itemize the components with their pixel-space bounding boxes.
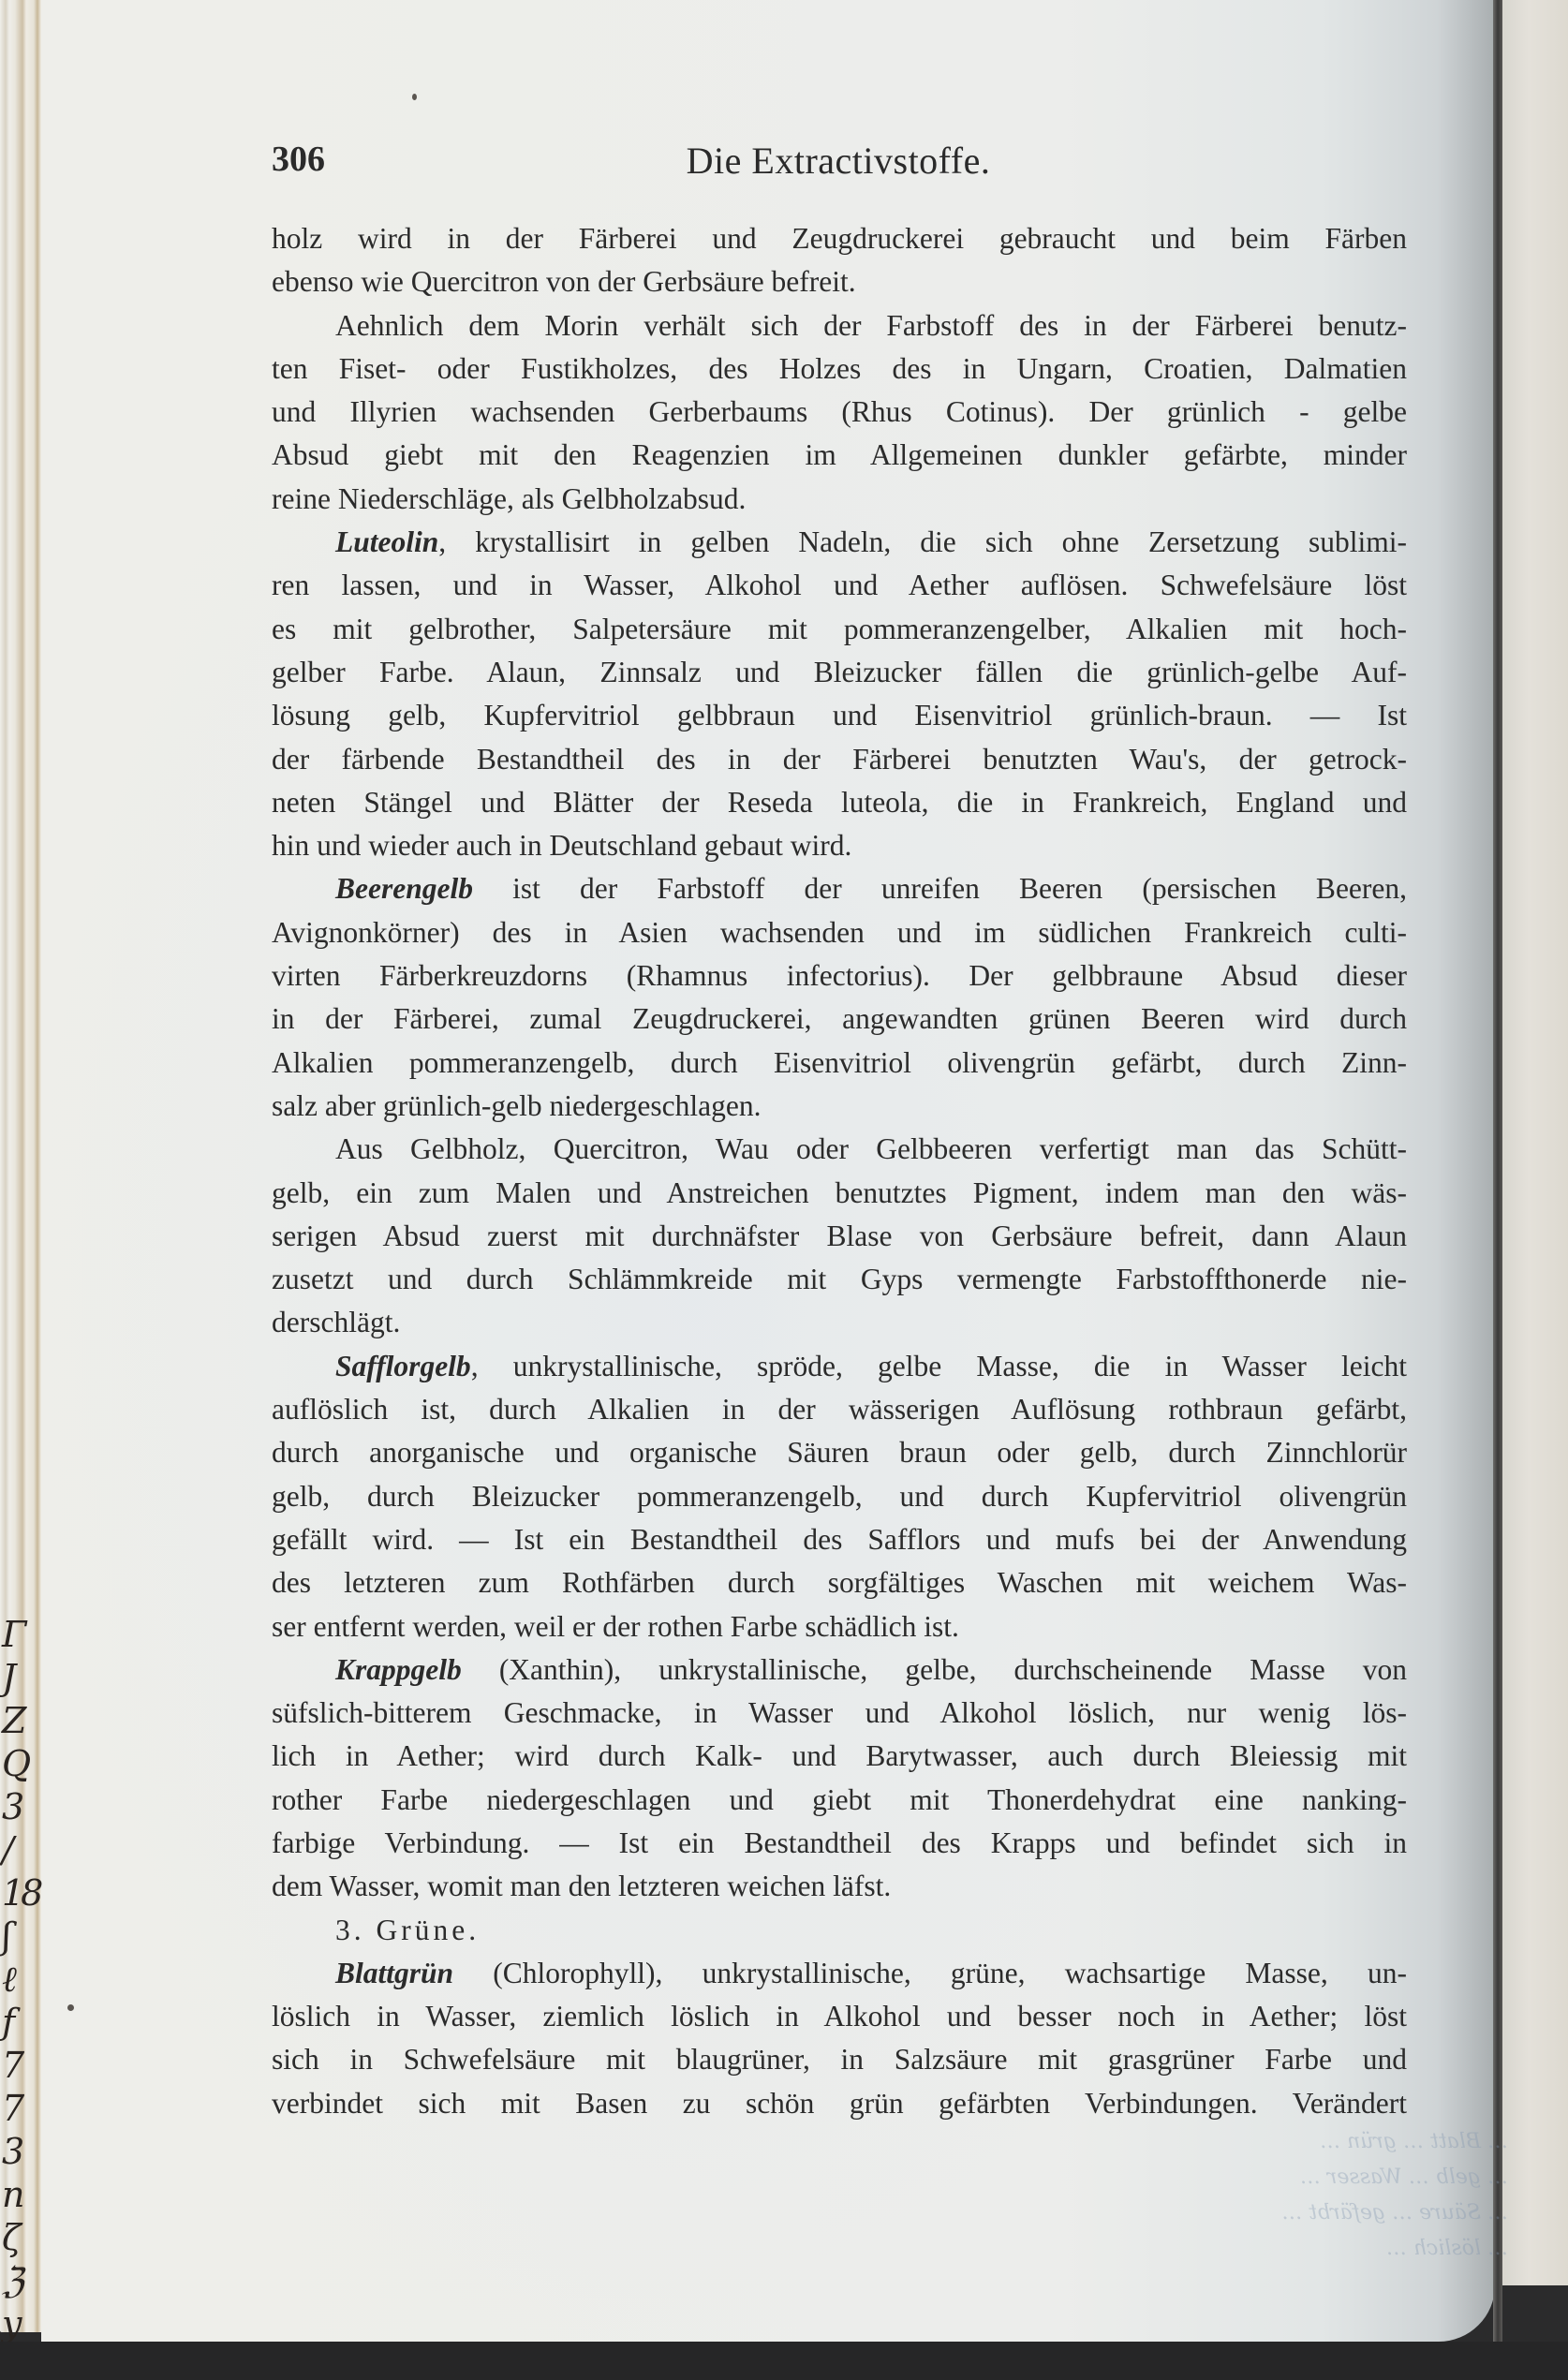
margin-note-glyph: 7 — [2, 2085, 21, 2128]
text-line: lich in Aether; wird durch Kalk- und Bar… — [272, 1735, 1407, 1778]
line-text: Avignonkörner) des in Asien wachsenden u… — [272, 916, 1407, 949]
line-text: derschlägt. — [272, 1306, 400, 1338]
defined-term: Luteolin — [335, 525, 438, 558]
text-line: derschlägt. — [272, 1301, 1407, 1344]
margin-note-glyph: ζ — [2, 2214, 18, 2257]
line-text: farbige Verbindung. — Ist ein Bestandthe… — [272, 1826, 1407, 1859]
text-line: dem Wasser, womit man den letzteren weic… — [272, 1865, 1407, 1908]
line-text: in der Färberei, zumal Zeugdruckerei, an… — [272, 1002, 1407, 1035]
page-header: 306 Die Extractivstoffe. — [272, 139, 1405, 195]
line-text: neten Stängel und Blätter der Reseda lut… — [272, 786, 1407, 819]
line-text: auflöslich ist, durch Alkalien in der wä… — [272, 1393, 1407, 1426]
text-line: gelber Farbe. Alaun, Zinnsalz und Bleizu… — [272, 651, 1407, 694]
line-text: , krystallisirt in gelben Nadeln, die si… — [438, 525, 1407, 558]
line-text: virten Färberkreuzdorns (Rhamnus infecto… — [272, 959, 1407, 992]
margin-note-glyph: ʃ — [2, 1913, 7, 1956]
margin-note-glyph: 7 — [2, 2042, 21, 2085]
margin-note-glyph: 3 — [2, 1783, 21, 1826]
line-text: ren lassen, und in Wasser, Alkohol und A… — [272, 569, 1407, 601]
line-text: serigen Absud zuerst mit durchnäfster Bl… — [272, 1220, 1407, 1252]
text-line: Safflorgelb, unkrystallinische, spröde, … — [272, 1345, 1407, 1388]
line-text: gelb, ein zum Malen und Anstreichen benu… — [272, 1176, 1407, 1209]
book-gutter-shadow — [1493, 0, 1502, 2380]
text-line: verbindet sich mit Basen zu schön grün g… — [272, 2082, 1407, 2125]
text-line: farbige Verbindung. — Ist ein Bestandthe… — [272, 1822, 1407, 1865]
text-line: auflöslich ist, durch Alkalien in der wä… — [272, 1388, 1407, 1431]
line-text: süfslich-bitterem Geschmacke, in Wasser … — [272, 1696, 1407, 1729]
margin-note-glyph: y — [2, 2300, 18, 2343]
text-line: neten Stängel und Blätter der Reseda lut… — [272, 781, 1407, 824]
line-text: rother Farbe niedergeschlagen und giebt … — [272, 1783, 1407, 1816]
text-line: holz wird in der Färberei und Zeugdrucke… — [272, 217, 1407, 260]
text-line: sich in Schwefelsäure mit blaugrüner, in… — [272, 2038, 1407, 2081]
line-text: dem Wasser, womit man den letzteren weic… — [272, 1870, 891, 1902]
text-line: Luteolin, krystallisirt in gelben Nadeln… — [272, 521, 1407, 564]
text-line: virten Färberkreuzdorns (Rhamnus infecto… — [272, 954, 1407, 998]
text-line: Krappgelb (Xanthin), unkrystallinische, … — [272, 1648, 1407, 1692]
line-text: sich in Schwefelsäure mit blaugrüner, in… — [272, 2043, 1407, 2076]
margin-note-glyph: 18 — [2, 1870, 39, 1913]
text-line: in der Färberei, zumal Zeugdruckerei, an… — [272, 998, 1407, 1041]
text-line: serigen Absud zuerst mit durchnäfster Bl… — [272, 1215, 1407, 1258]
line-text: Aehnlich dem Morin verhält sich der Farb… — [335, 309, 1407, 342]
line-text: gelber Farbe. Alaun, Zinnsalz und Bleizu… — [272, 656, 1407, 688]
facing-page-edge — [1502, 0, 1568, 2285]
text-line: gelb, durch Bleizucker pommeranzengelb, … — [272, 1475, 1407, 1518]
line-text: des letzteren zum Rothfärben durch sorgf… — [272, 1566, 1407, 1599]
text-line: hin und wieder auch in Deutschland gebau… — [272, 824, 1407, 867]
text-line: ebenso wie Quercitron von der Gerbsäure … — [272, 260, 1407, 303]
margin-note-glyph: n — [2, 2171, 21, 2214]
line-text: Aus Gelbholz, Quercitron, Wau oder Gelbb… — [335, 1132, 1407, 1165]
text-line: gefällt wird. — Ist ein Bestandtheil des… — [272, 1518, 1407, 1561]
text-line: es mit gelbrother, Salpetersäure mit pom… — [272, 608, 1407, 651]
paper-speck — [67, 2004, 74, 2011]
defined-term: Beerengelb — [335, 872, 473, 905]
show-through-line: … Blatt … grün … — [1115, 2124, 1508, 2160]
defined-term: Safflorgelb — [335, 1350, 471, 1382]
margin-note-glyph: 3 — [2, 2128, 21, 2171]
margin-note-glyph: Γ — [2, 1611, 22, 1654]
text-line: Alkalien pommeranzengelb, durch Eisenvit… — [272, 1042, 1407, 1085]
line-text: gefällt wird. — Ist ein Bestandtheil des… — [272, 1523, 1407, 1556]
text-line: der färbende Bestandtheil des in der Fär… — [272, 738, 1407, 781]
line-text: ist der Farbstoff der unreifen Beeren (p… — [473, 872, 1407, 905]
margin-note-glyph: / — [2, 1826, 10, 1870]
line-text: reine Niederschläge, als Gelbholzabsud. — [272, 482, 746, 515]
text-line: salz aber grünlich-gelb niedergeschlagen… — [272, 1085, 1407, 1128]
line-text: (Xanthin), unkrystallinische, gelbe, dur… — [462, 1653, 1407, 1686]
line-text: gelb, durch Bleizucker pommeranzengelb, … — [272, 1480, 1407, 1513]
line-text: Absud giebt mit den Reagenzien im Allgem… — [272, 438, 1407, 471]
defined-term: Blattgrün — [335, 1957, 453, 1989]
handwritten-margin-notes: ΓJZQ3/18ʃℓƒ773nζℨy — [2, 1611, 41, 2342]
show-through-line: … löslich … — [1115, 2231, 1508, 2267]
text-line: lösung gelb, Kupfervitriol gelbbraun und… — [272, 694, 1407, 737]
text-line: und Illyrien wachsenden Gerberbaums (Rhu… — [272, 391, 1407, 434]
line-text: es mit gelbrother, Salpetersäure mit pom… — [272, 613, 1407, 645]
text-line: Aus Gelbholz, Quercitron, Wau oder Gelbb… — [272, 1128, 1407, 1171]
margin-note-glyph: ƒ — [2, 1999, 11, 2042]
line-text: salz aber grünlich-gelb niedergeschlagen… — [272, 1089, 761, 1122]
section-heading: 3. Grüne. — [272, 1909, 1407, 1952]
body-text: holz wird in der Färberei und Zeugdrucke… — [272, 217, 1407, 2125]
margin-note-glyph: Z — [2, 1697, 22, 1740]
line-text: lich in Aether; wird durch Kalk- und Bar… — [272, 1739, 1407, 1772]
text-line: durch anorganische und organische Säuren… — [272, 1431, 1407, 1474]
scan-background-bottom — [0, 2342, 1568, 2380]
text-line: süfslich-bitterem Geschmacke, in Wasser … — [272, 1692, 1407, 1735]
text-line: Absud giebt mit den Reagenzien im Allgem… — [272, 434, 1407, 477]
margin-note-glyph: ℨ — [2, 2257, 20, 2300]
margin-note-glyph: J — [2, 1654, 12, 1697]
show-through-line: … Säure … gefärbt … — [1115, 2195, 1508, 2231]
line-text: ser entfernt werden, weil er der rothen … — [272, 1610, 959, 1643]
line-text: (Chlorophyll), unkrystallinische, grüne,… — [453, 1957, 1407, 1989]
line-text: holz wird in der Färberei und Zeugdrucke… — [272, 222, 1407, 255]
paper-speck — [412, 94, 417, 100]
line-text: durch anorganische und organische Säuren… — [272, 1436, 1407, 1469]
line-text: zusetzt und durch Schlämmkreide mit Gyps… — [272, 1263, 1407, 1295]
text-line: rother Farbe niedergeschlagen und giebt … — [272, 1779, 1407, 1822]
text-line: ser entfernt werden, weil er der rothen … — [272, 1605, 1407, 1648]
line-text: der färbende Bestandtheil des in der Fär… — [272, 743, 1407, 776]
line-text: Alkalien pommeranzengelb, durch Eisenvit… — [272, 1046, 1407, 1079]
text-line: reine Niederschläge, als Gelbholzabsud. — [272, 478, 1407, 521]
text-line: Blattgrün (Chlorophyll), unkrystallinisc… — [272, 1952, 1407, 1995]
show-through-line: … gelb … Wasser … — [1115, 2160, 1508, 2195]
line-text: hin und wieder auch in Deutschland gebau… — [272, 829, 851, 862]
text-line: Beerengelb ist der Farbstoff der unreife… — [272, 867, 1407, 910]
text-line: zusetzt und durch Schlämmkreide mit Gyps… — [272, 1258, 1407, 1301]
line-text: und Illyrien wachsenden Gerberbaums (Rhu… — [272, 395, 1407, 428]
text-line: Avignonkörner) des in Asien wachsenden u… — [272, 911, 1407, 954]
margin-note-glyph: Q — [2, 1740, 27, 1783]
line-text: ten Fiset- oder Fustikholzes, des Holzes… — [272, 352, 1407, 385]
text-line: ren lassen, und in Wasser, Alkohol und A… — [272, 564, 1407, 607]
line-text: lösung gelb, Kupfervitriol gelbbraun und… — [272, 699, 1407, 732]
running-title: Die Extractivstoffe. — [272, 139, 1405, 183]
line-text: ebenso wie Quercitron von der Gerbsäure … — [272, 265, 856, 298]
line-text: löslich in Wasser, ziemlich löslich in A… — [272, 2000, 1407, 2033]
text-line: löslich in Wasser, ziemlich löslich in A… — [272, 1995, 1407, 2038]
line-text: , unkrystallinische, spröde, gelbe Masse… — [471, 1350, 1407, 1382]
text-line: ten Fiset- oder Fustikholzes, des Holzes… — [272, 347, 1407, 391]
line-text: verbindet sich mit Basen zu schön grün g… — [272, 2087, 1407, 2120]
text-line: Aehnlich dem Morin verhält sich der Farb… — [272, 304, 1407, 347]
line-text: 3. Grüne. — [335, 1914, 480, 1946]
text-line: des letzteren zum Rothfärben durch sorgf… — [272, 1561, 1407, 1604]
defined-term: Krappgelb — [335, 1653, 462, 1686]
margin-note-glyph: ℓ — [2, 1956, 13, 1999]
text-line: gelb, ein zum Malen und Anstreichen benu… — [272, 1172, 1407, 1215]
show-through-handwriting: … Blatt … grün …… gelb … Wasser …… Säure… — [1115, 2124, 1508, 2293]
